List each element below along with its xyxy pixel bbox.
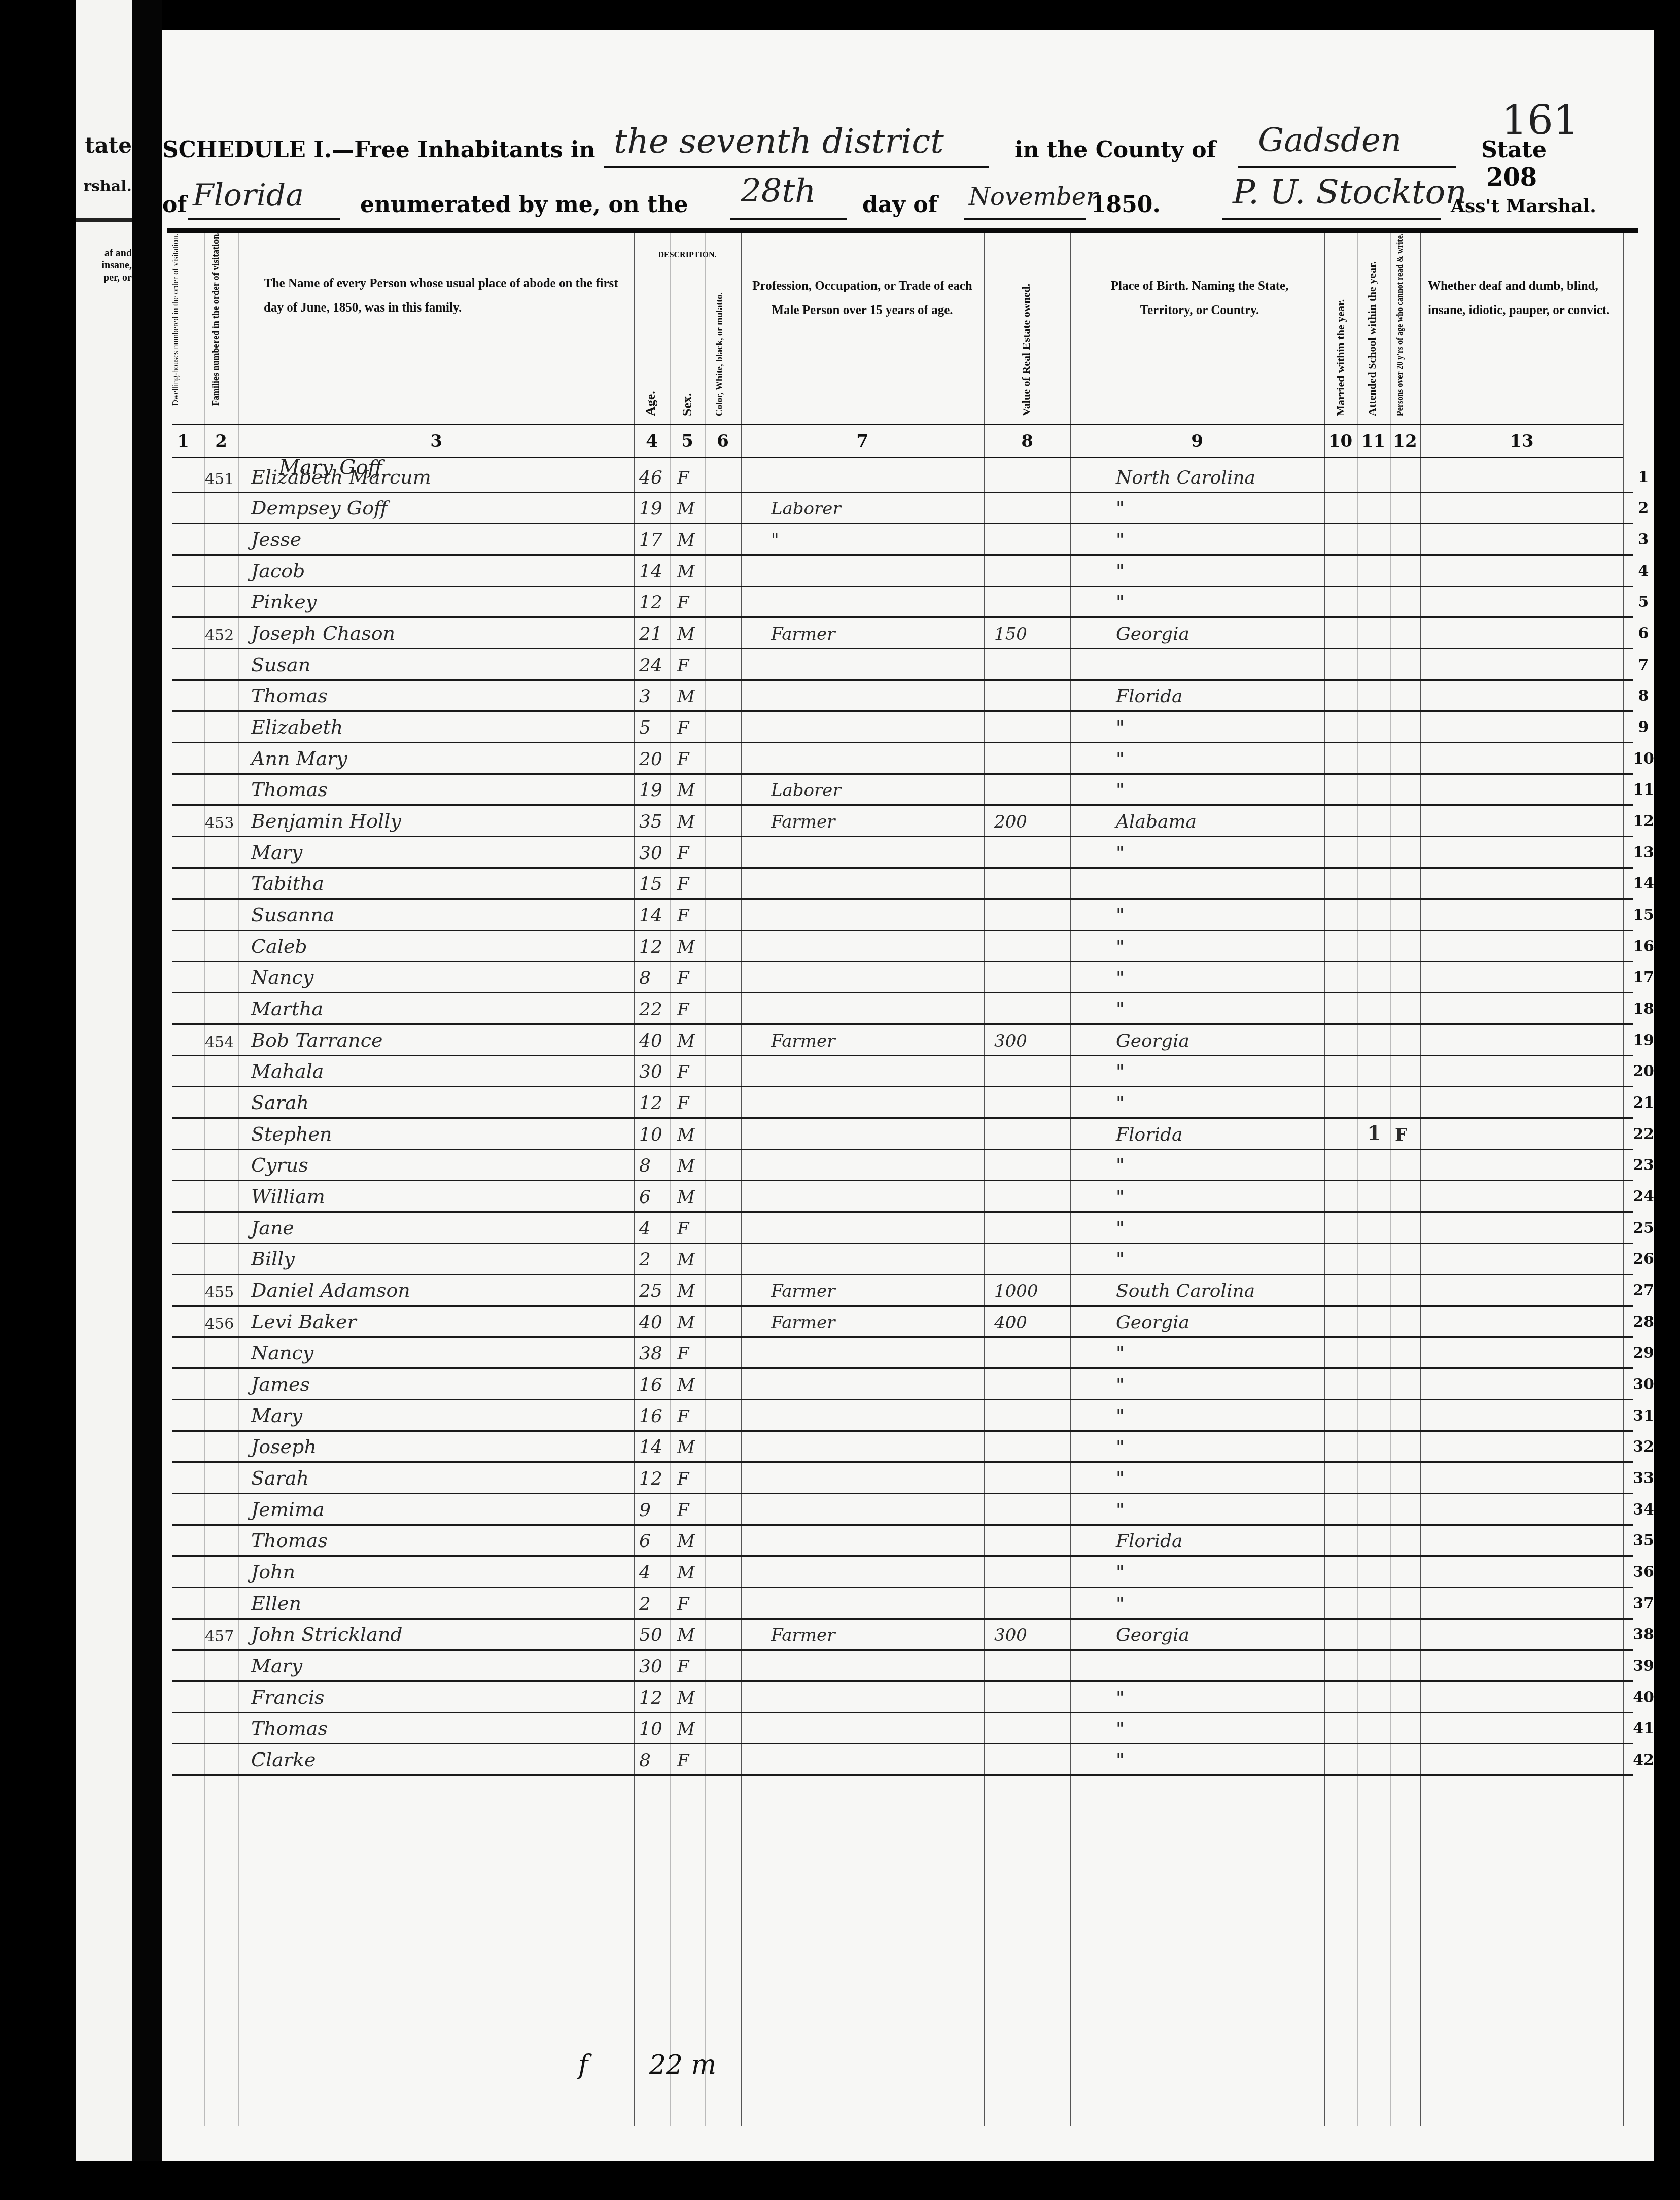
occupation-value: Farmer: [771, 1625, 835, 1645]
birthplace-value: ": [1116, 1688, 1125, 1708]
birthplace-value: Florida: [1116, 1124, 1182, 1145]
age-value: 50: [639, 1625, 662, 1645]
person-name: Mary: [251, 1655, 302, 1677]
scan-border-bottom: [0, 2161, 1680, 2200]
person-name: Ann Mary: [251, 747, 347, 770]
of-label: of: [162, 192, 187, 218]
description-group-label: DESCRIPTION.: [634, 248, 741, 263]
table-row: Billy 2 M " 26: [162, 1244, 1654, 1276]
col3-header: The Name of every Person whose usual pla…: [264, 271, 619, 320]
prev-col13-line3: per, or: [103, 272, 132, 284]
prev-col13-line2: insane,: [102, 260, 132, 271]
family-number: 455: [205, 1284, 234, 1301]
table-row: Susan 24 F 7: [162, 649, 1654, 681]
table-row: Sarah 12 F " 21: [162, 1087, 1654, 1119]
col-number-8: 8: [984, 431, 1070, 452]
age-value: 19: [639, 498, 662, 519]
col-number-11: 11: [1357, 431, 1390, 452]
age-value: 12: [639, 1093, 662, 1114]
census-rows: 451 Elizabeth Marcum 46 F North Carolina…: [162, 462, 1654, 1776]
person-name: James: [251, 1373, 310, 1395]
age-value: 40: [639, 1030, 662, 1051]
birthplace-value: Georgia: [1116, 624, 1189, 644]
real-estate-value: 1000: [994, 1281, 1038, 1301]
enumerated-label: enumerated by me, on the: [360, 192, 688, 218]
sex-value: M: [677, 1250, 695, 1270]
person-name: Benjamin Holly: [251, 810, 401, 832]
age-value: 12: [639, 1688, 662, 1708]
col-number-7: 7: [741, 431, 984, 452]
table-row: Elizabeth 5 F " 9: [162, 712, 1654, 743]
sex-value: M: [677, 686, 695, 707]
age-value: 30: [639, 1061, 662, 1082]
birthplace-value: ": [1116, 561, 1125, 582]
sex-value: F: [677, 593, 689, 613]
birthplace-value: ": [1116, 843, 1125, 864]
occupation-value: Farmer: [771, 624, 835, 644]
sex-value: M: [677, 1375, 695, 1395]
birthplace-value: Florida: [1116, 1531, 1182, 1552]
cannot-read-mark: F: [1395, 1125, 1407, 1145]
table-row: Jacob 14 M " 4: [162, 556, 1654, 587]
age-value: 25: [639, 1281, 662, 1301]
table-row: Thomas 19 M Laborer " 11: [162, 775, 1654, 806]
sex-value: M: [677, 1688, 695, 1708]
person-name: Ellen: [251, 1592, 301, 1614]
page-number-handwritten: 161: [1501, 96, 1579, 144]
person-name: Billy: [251, 1248, 295, 1270]
person-name: Tabitha: [251, 872, 324, 895]
col-number-13: 13: [1420, 431, 1623, 452]
birthplace-value: ": [1116, 999, 1125, 1020]
table-row: Ann Mary 20 F " 10: [162, 743, 1654, 775]
col13-header: Whether deaf and dumb, blind, insane, id…: [1428, 274, 1616, 322]
birthplace-value: Georgia: [1116, 1312, 1189, 1333]
person-name: Pinkey: [251, 591, 317, 613]
sex-value: M: [677, 499, 695, 519]
col7-header: Profession, Occupation, or Trade of each…: [751, 274, 974, 322]
age-value: 12: [639, 592, 662, 613]
col5-header: Sex.: [680, 355, 695, 416]
table-row: 452 Joseph Chason 21 M Farmer 150 Georgi…: [162, 618, 1654, 649]
sex-value: M: [677, 1281, 695, 1301]
sex-value: F: [677, 1406, 689, 1427]
district-value: the seventh district: [614, 122, 944, 161]
col-number-9: 9: [1070, 431, 1324, 452]
person-name: Jesse: [251, 528, 301, 551]
person-name: John Strickland: [251, 1623, 403, 1645]
tally-female: f: [578, 2050, 588, 2080]
table-row: Susanna 14 F " 15: [162, 900, 1654, 931]
birthplace-value: ": [1116, 1187, 1125, 1208]
age-value: 15: [639, 874, 662, 895]
sex-value: F: [677, 968, 689, 988]
col-number-6: 6: [705, 431, 741, 452]
sex-value: F: [677, 1469, 689, 1489]
year-value: 1850.: [1091, 192, 1161, 218]
sex-value: M: [677, 812, 695, 832]
school-mark: 1: [1367, 1121, 1381, 1145]
sex-value: F: [677, 874, 689, 895]
col-number-10: 10: [1324, 431, 1357, 452]
birthplace-value: ": [1116, 1750, 1125, 1771]
person-name: Bob Tarrance: [251, 1029, 383, 1051]
sex-value: M: [677, 624, 695, 644]
month-value: November: [969, 183, 1098, 211]
person-name: Mahala: [251, 1060, 324, 1082]
col-number-1: 1: [162, 431, 204, 452]
age-value: 38: [639, 1343, 662, 1364]
table-row: Clarke 8 F " 42: [162, 1744, 1654, 1776]
person-name: Elizabeth: [251, 716, 343, 738]
col4-header: Age.: [643, 355, 658, 416]
sex-value: M: [677, 1437, 695, 1458]
person-name: Susan: [251, 654, 310, 676]
age-value: 16: [639, 1406, 662, 1427]
sex-value: M: [677, 780, 695, 801]
state-value: Florida: [193, 178, 304, 213]
col-number-12: 12: [1390, 431, 1420, 452]
age-value: 19: [639, 780, 662, 801]
sex-value: M: [677, 1719, 695, 1739]
table-row: Martha 22 F " 18: [162, 993, 1654, 1025]
table-row: Jesse 17 M " " 3: [162, 524, 1654, 556]
table-row: 456 Levi Baker 40 M Farmer 400 Georgia 2…: [162, 1307, 1654, 1338]
real-estate-value: 200: [994, 812, 1027, 832]
scan-border-right: [1654, 0, 1680, 2200]
table-row: Dempsey Goff 19 M Laborer " 2: [162, 493, 1654, 525]
person-name: Cyrus: [251, 1154, 308, 1176]
county-value: Gadsden: [1258, 122, 1402, 159]
marshal-label: Ass't Marshal.: [1451, 195, 1596, 217]
schedule-label: SCHEDULE I.—Free Inhabitants in: [162, 137, 596, 163]
age-value: 21: [639, 624, 662, 644]
occupation-value: Laborer: [771, 780, 841, 801]
birthplace-value: South Carolina: [1116, 1281, 1255, 1301]
family-number: 453: [205, 814, 234, 832]
family-number: 452: [205, 627, 234, 644]
age-value: 40: [639, 1312, 662, 1333]
table-row: Cyrus 8 M " 23: [162, 1150, 1654, 1182]
family-number: 457: [205, 1628, 234, 1645]
real-estate-value: 400: [994, 1313, 1027, 1333]
person-name: Thomas: [251, 1717, 328, 1739]
occupation-value: Laborer: [771, 499, 841, 519]
table-row: Mary 30 F " 13: [162, 837, 1654, 869]
sex-value: M: [677, 562, 695, 582]
sex-value: F: [677, 1000, 689, 1020]
age-value: 35: [639, 811, 662, 832]
age-value: 12: [639, 1468, 662, 1489]
birthplace-value: ": [1116, 592, 1125, 613]
sex-value: F: [677, 1594, 689, 1614]
real-estate-value: 150: [994, 624, 1027, 644]
col-number-2: 2: [204, 431, 238, 452]
person-name: Joseph: [251, 1435, 317, 1458]
sex-value: M: [677, 937, 695, 957]
sex-value: F: [677, 718, 689, 738]
sex-value: F: [677, 1219, 689, 1239]
table-row: 455 Daniel Adamson 25 M Farmer 1000 Sout…: [162, 1275, 1654, 1307]
birthplace-value: ": [1116, 1249, 1125, 1270]
header-top-rule: [167, 228, 1638, 233]
real-estate-value: 300: [994, 1625, 1027, 1645]
age-value: 12: [639, 937, 662, 957]
sex-value: F: [677, 468, 689, 488]
birthplace-value: ": [1116, 1218, 1125, 1239]
col-number-3: 3: [238, 431, 634, 452]
table-row: Tabitha 15 F 14: [162, 869, 1654, 900]
table-row: Thomas 3 M Florida 8: [162, 681, 1654, 712]
age-value: 2: [639, 1594, 651, 1614]
table-row: 454 Bob Tarrance 40 M Farmer 300 Georgia…: [162, 1025, 1654, 1056]
sex-value: M: [677, 1187, 695, 1208]
table-row: Thomas 10 M " 41: [162, 1713, 1654, 1745]
birthplace-value: Alabama: [1116, 811, 1197, 832]
sex-value: M: [677, 1563, 695, 1583]
birthplace-value: ": [1116, 498, 1125, 519]
birthplace-value: ": [1116, 1093, 1125, 1114]
person-name: Nancy: [251, 1342, 313, 1364]
table-row: Ellen 2 F " 37: [162, 1588, 1654, 1620]
birthplace-value: ": [1116, 1437, 1125, 1458]
person-name: Levi Baker: [251, 1311, 357, 1333]
age-value: 17: [639, 530, 662, 551]
person-name: Stephen: [251, 1123, 332, 1145]
table-row: Jane 4 F " 25: [162, 1213, 1654, 1244]
sex-value: F: [677, 1657, 689, 1677]
real-estate-value: 300: [994, 1031, 1027, 1051]
table-row: Joseph 14 M " 32: [162, 1432, 1654, 1463]
col-number-5: 5: [670, 431, 705, 452]
person-name: Clarke: [251, 1748, 316, 1771]
person-name: Thomas: [251, 1529, 328, 1552]
col1-header: Dwelling-houses numbered in the order of…: [171, 244, 181, 406]
family-number: 454: [205, 1034, 234, 1051]
col8-header: Value of Real Estate owned.: [1020, 264, 1033, 416]
birthplace-value: ": [1116, 1718, 1125, 1739]
day-of-label: day of: [862, 192, 937, 218]
marshal-name: P. U. Stockton: [1233, 173, 1467, 212]
sex-value: M: [677, 1531, 695, 1552]
age-value: 8: [639, 1750, 651, 1771]
birthplace-value: ": [1116, 905, 1125, 926]
age-value: 16: [639, 1374, 662, 1395]
age-value: 14: [639, 561, 662, 582]
sex-value: M: [677, 530, 695, 551]
birthplace-value: ": [1116, 1562, 1125, 1583]
person-name: Jane: [251, 1217, 294, 1239]
birthplace-value: ": [1116, 1374, 1125, 1395]
col11-header: Attended School within the year.: [1366, 264, 1379, 416]
age-value: 46: [639, 467, 662, 488]
age-value: 14: [639, 905, 662, 926]
table-row: Stephen 10 M Florida 1 F 22: [162, 1119, 1654, 1150]
sex-value: M: [677, 1625, 695, 1645]
person-name: Susanna: [251, 904, 334, 926]
birthplace-value: ": [1116, 1343, 1125, 1364]
table-row: Mary 30 F 39: [162, 1651, 1654, 1682]
birthplace-value: Florida: [1116, 686, 1182, 707]
family-number: 456: [205, 1315, 234, 1333]
age-value: 4: [639, 1218, 651, 1239]
person-name: Elizabeth Marcum: [251, 466, 431, 488]
age-value: 8: [639, 1155, 651, 1176]
table-row: Thomas 6 M Florida 35: [162, 1526, 1654, 1557]
person-name: John: [251, 1561, 295, 1583]
birthplace-value: ": [1116, 1500, 1125, 1521]
person-name: Sarah: [251, 1467, 309, 1489]
birthplace-value: ": [1116, 1406, 1125, 1427]
table-row: Francis 12 M " 40: [162, 1682, 1654, 1713]
table-row: 457 John Strickland 50 M Farmer 300 Geor…: [162, 1620, 1654, 1651]
person-name: Sarah: [251, 1091, 309, 1114]
col6-header: Color, White, black, or mulatto.: [714, 284, 725, 416]
occupation-value: Farmer: [771, 812, 835, 832]
table-row: Nancy 8 F " 17: [162, 962, 1654, 994]
birthplace-value: ": [1116, 749, 1125, 770]
col10-header: Married within the year.: [1334, 264, 1347, 416]
person-name: Thomas: [251, 778, 328, 801]
table-row: William 6 M " 24: [162, 1181, 1654, 1213]
sex-value: F: [677, 843, 689, 864]
table-row: Sarah 12 F " 33: [162, 1463, 1654, 1494]
sex-value: F: [677, 1344, 689, 1364]
age-value: 30: [639, 1656, 662, 1677]
age-value: 10: [639, 1124, 662, 1145]
previous-page-fragment: tate rshal. af and insane, per, or: [76, 0, 132, 2200]
age-value: 22: [639, 999, 662, 1020]
table-row: Jemima 9 F " 34: [162, 1494, 1654, 1526]
sex-value: F: [677, 1062, 689, 1082]
birthplace-value: ": [1116, 968, 1125, 988]
age-value: 5: [639, 717, 651, 738]
occupation-value: ": [771, 530, 779, 551]
age-value: 24: [639, 655, 662, 676]
person-name: Jemima: [251, 1498, 325, 1521]
sex-value: F: [677, 1500, 689, 1521]
table-row: Mary 16 F " 31: [162, 1400, 1654, 1432]
col-number-4: 4: [634, 431, 670, 452]
col9-header: Place of Birth. Naming the State, Territ…: [1091, 274, 1309, 322]
person-name: Martha: [251, 998, 323, 1020]
birthplace-value: Georgia: [1116, 1030, 1189, 1051]
age-value: 9: [639, 1500, 651, 1521]
scan-gutter: [132, 0, 162, 2200]
family-number: 451: [205, 470, 234, 488]
birthplace-value: Georgia: [1116, 1625, 1189, 1645]
birthplace-value: ": [1116, 1061, 1125, 1082]
age-value: 10: [639, 1718, 662, 1739]
table-row: James 16 M " 30: [162, 1369, 1654, 1400]
age-value: 14: [639, 1437, 662, 1458]
sex-value: F: [677, 749, 689, 770]
table-row: Pinkey 12 F " 5: [162, 587, 1654, 618]
person-name: Daniel Adamson: [251, 1279, 410, 1301]
person-name: Thomas: [251, 684, 328, 707]
header-bottom-rule: [172, 424, 1623, 425]
person-name: Joseph Chason: [251, 622, 395, 644]
birthplace-value: ": [1116, 530, 1125, 551]
age-value: 6: [639, 1187, 651, 1208]
col12-header: Persons over 20 y'rs of age who cannot r…: [1396, 264, 1405, 416]
birthplace-value: North Carolina: [1116, 467, 1255, 488]
birthplace-value: ": [1116, 717, 1125, 738]
person-name: Francis: [251, 1686, 325, 1708]
scan-border-left: [0, 0, 81, 2200]
sex-value: F: [677, 906, 689, 926]
age-value: 20: [639, 749, 662, 770]
census-page: SCHEDULE I.—Free Inhabitants in the seve…: [162, 30, 1654, 2161]
table-row: 451 Elizabeth Marcum 46 F North Carolina…: [162, 462, 1654, 493]
table-row: Caleb 12 M " 16: [162, 931, 1654, 962]
birthplace-value: ": [1116, 1594, 1125, 1614]
sex-value: M: [677, 1313, 695, 1333]
occupation-value: Farmer: [771, 1313, 835, 1333]
table-row: 453 Benjamin Holly 35 M Farmer 200 Alaba…: [162, 806, 1654, 837]
person-name: Mary: [251, 841, 302, 864]
occupation-value: Farmer: [771, 1281, 835, 1301]
age-value: 6: [639, 1531, 651, 1552]
col2-header: Families numbered in the order of visita…: [211, 244, 221, 406]
table-row: Nancy 38 F " 29: [162, 1338, 1654, 1369]
prev-state-fragment: tate: [85, 133, 132, 158]
county-label: in the County of: [1014, 137, 1216, 163]
table-row: John 4 M " 36: [162, 1557, 1654, 1588]
day-value: 28th: [741, 173, 816, 210]
age-value: 4: [639, 1562, 651, 1583]
sex-value: M: [677, 1031, 695, 1051]
age-value: 8: [639, 968, 651, 988]
page-stamp: 208: [1486, 163, 1537, 192]
birthplace-value: ": [1116, 1468, 1125, 1489]
person-name: Dempsey Goff: [251, 497, 388, 519]
prev-marshal-fragment: rshal.: [83, 178, 132, 195]
person-name: Caleb: [251, 935, 307, 957]
birthplace-value: ": [1116, 937, 1125, 957]
person-name: Mary: [251, 1404, 302, 1427]
age-value: 30: [639, 843, 662, 864]
occupation-value: Farmer: [771, 1031, 835, 1051]
sex-value: F: [677, 1750, 689, 1771]
person-name: William: [251, 1185, 325, 1208]
person-name: Jacob: [251, 560, 305, 582]
tally-male: 22 m: [649, 2050, 716, 2080]
age-value: 2: [639, 1249, 651, 1270]
sex-value: F: [677, 1093, 689, 1114]
birthplace-value: ": [1116, 1155, 1125, 1176]
person-name: Nancy: [251, 966, 313, 988]
table-row: Mahala 30 F " 20: [162, 1056, 1654, 1088]
sex-value: M: [677, 1125, 695, 1145]
age-value: 3: [639, 686, 651, 707]
sex-value: M: [677, 1156, 695, 1176]
birthplace-value: ": [1116, 780, 1125, 801]
sex-value: F: [677, 656, 689, 676]
